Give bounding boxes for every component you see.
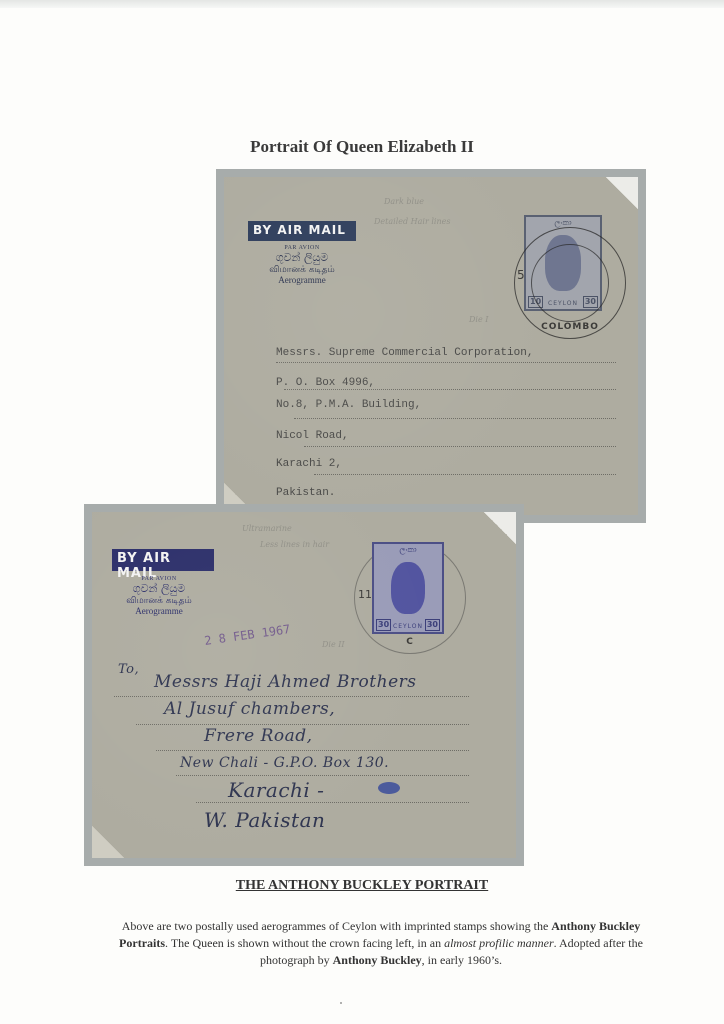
stamp-native-text: ලංකා xyxy=(374,545,442,555)
pencil-note: Detailed Hair lines xyxy=(374,217,450,226)
postmark-city: COLOMBO xyxy=(515,322,625,332)
description-text: . The Queen is shown without the crown f… xyxy=(165,936,444,950)
handwritten-address-line: Messrs Haji Ahmed Brothers xyxy=(154,672,416,692)
scan-speck xyxy=(340,1002,342,1004)
mount-corner xyxy=(92,824,126,858)
address-line: Nicol Road, xyxy=(276,430,349,442)
description-text: , in early 1960’s. xyxy=(422,953,502,967)
description-italic: almost profilic manner xyxy=(444,936,554,950)
scan-edge xyxy=(0,0,724,8)
stamp-value-right: 30 xyxy=(425,619,440,631)
dotted-line xyxy=(136,724,469,725)
address-to: To, xyxy=(118,662,139,677)
postmark-number: 11 xyxy=(358,588,372,601)
aerogramme-2: BY AIR MAIL PAR AVION ගුවන් ලියුම விமானக… xyxy=(84,504,524,866)
page-title: Portrait Of Queen Elizabeth II xyxy=(0,137,724,157)
mount-corner xyxy=(482,512,516,546)
aerogramme-text: Aerogramme xyxy=(114,606,204,616)
aerogramme-1-paper: BY AIR MAIL PAR AVION ගුවන් ලියුම விமானக… xyxy=(224,177,638,515)
aerogramme-text: Aerogramme xyxy=(254,275,350,285)
by-air-mail-label: BY AIR MAIL xyxy=(248,221,356,241)
aerogramme-1: BY AIR MAIL PAR AVION ගුවන් ලියුම விமானக… xyxy=(216,169,646,523)
queen-portrait-icon xyxy=(391,562,425,614)
tamil-text: விமானக் கடிதம் xyxy=(254,265,350,275)
postmark-city: C xyxy=(355,637,465,647)
sinhala-text: ගුවන් ලියුම xyxy=(114,583,204,596)
handwritten-address-line: W. Pakistan xyxy=(204,808,325,832)
address-line: Karachi 2, xyxy=(276,458,342,470)
pencil-note: Die I xyxy=(469,315,488,324)
pencil-note: Dark blue xyxy=(384,197,424,206)
address-line: Pakistan. xyxy=(276,487,335,499)
handwritten-address-line: Al Jusuf chambers, xyxy=(164,699,335,719)
section-title: THE ANTHONY BUCKLEY PORTRAIT xyxy=(0,878,724,894)
dotted-line xyxy=(114,696,469,697)
pencil-note: Die II xyxy=(322,640,345,649)
dotted-line xyxy=(276,362,616,363)
by-air-mail-label: BY AIR MAIL xyxy=(112,549,214,571)
aerogramme-2-paper: BY AIR MAIL PAR AVION ගුවන් ලියුම விமானக… xyxy=(92,512,516,858)
description-text: Above are two postally used aerogrammes … xyxy=(122,919,552,933)
postmark: 5 COLOMBO xyxy=(514,227,626,339)
dotted-line xyxy=(176,775,469,776)
pencil-note: Less lines in hair xyxy=(260,540,329,549)
handwritten-address-line: New Chali - G.P.O. Box 130. xyxy=(180,755,389,771)
dotted-line xyxy=(294,418,616,419)
address-line: Messrs. Supreme Commercial Corporation, xyxy=(276,347,533,359)
postmark-number: 5 xyxy=(517,268,525,282)
dotted-line xyxy=(284,389,616,390)
address-line: No.8, P.M.A. Building, xyxy=(276,399,421,411)
postmark-inner-ring xyxy=(531,244,609,322)
handwritten-address-line: Frere Road, xyxy=(204,726,313,746)
imprinted-stamp: ලංකා 30 CEYLON 30 xyxy=(372,542,444,634)
dotted-line xyxy=(196,802,469,803)
ink-blot xyxy=(378,782,400,794)
dotted-line xyxy=(314,474,616,475)
address-line: P. O. Box 4996, xyxy=(276,377,375,389)
date-stamp: 2 8 FEB 1967 xyxy=(203,622,291,648)
tamil-text: விமானக் கடிதம் xyxy=(114,596,204,606)
aerogramme-imprint: PAR AVION ගුවන් ලියුම விமானக் கடிதம் Aer… xyxy=(114,576,204,616)
sinhala-text: ගුවන් ලියුම xyxy=(254,252,350,265)
aerogramme-imprint: PAR AVION ගුවන් ලියුම விமானக் கடிதம் Aer… xyxy=(254,245,350,285)
dotted-line xyxy=(304,446,616,447)
handwritten-address-line: Karachi - xyxy=(228,778,324,802)
description-bold: Anthony Buckley xyxy=(333,953,422,967)
dotted-line xyxy=(156,750,469,751)
mount-corner xyxy=(604,177,638,211)
pencil-note: Ultramarine xyxy=(242,524,292,533)
description-paragraph: Above are two postally used aerogrammes … xyxy=(96,918,666,969)
